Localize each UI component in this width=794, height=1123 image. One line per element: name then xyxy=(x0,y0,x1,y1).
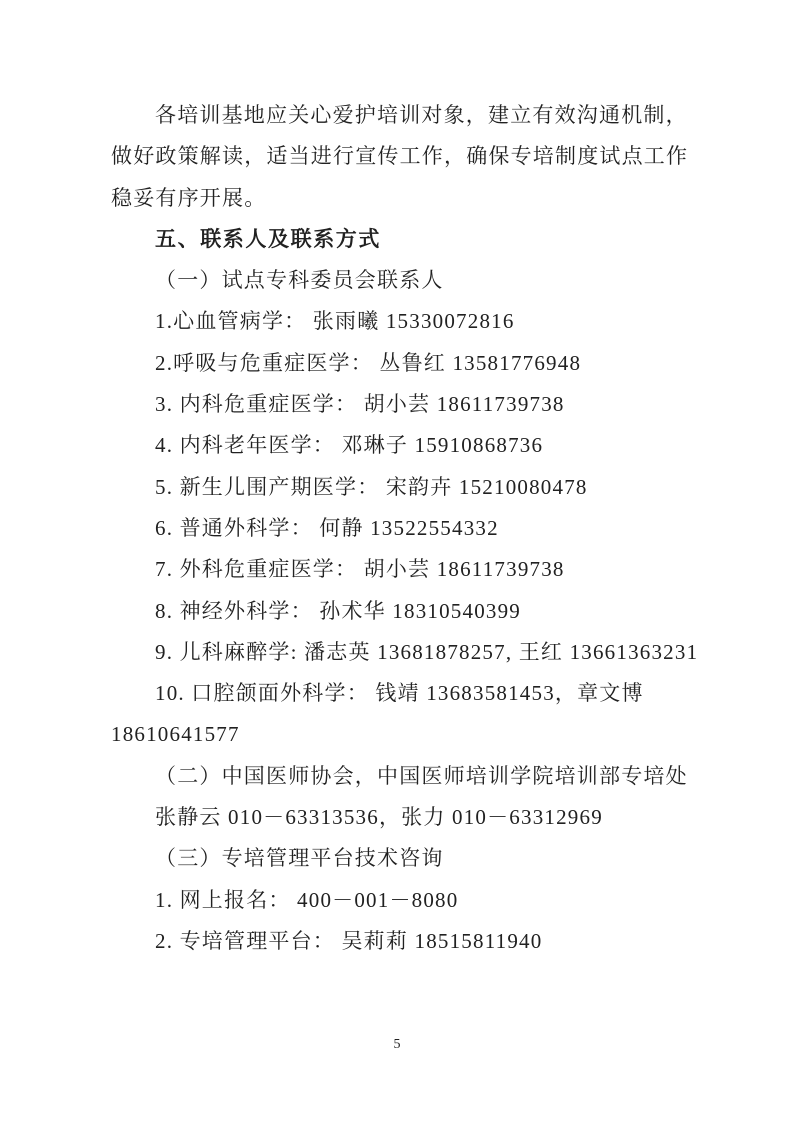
contact-line: 4. 内科老年医学： 邓琳子 15910868736 xyxy=(111,425,731,466)
contact-line: 6. 普通外科学： 何静 13522554332 xyxy=(111,508,731,549)
page-number: 5 xyxy=(0,1035,794,1055)
contact-line: 1.心血管病学： 张雨曦 15330072816 xyxy=(111,301,731,342)
subsection-title: （二）中国医师协会，中国医师培训学院培训部专培处 xyxy=(111,756,731,797)
subsection-title: （一）试点专科委员会联系人 xyxy=(111,260,731,301)
contact-line: 7. 外科危重症医学： 胡小芸 18611739738 xyxy=(111,549,731,590)
section-heading: 五、联系人及联系方式 xyxy=(111,219,731,260)
contact-line: 1. 网上报名： 400－001－8080 xyxy=(111,880,731,921)
contact-line: 5. 新生儿围产期医学： 宋韵卉 15210080478 xyxy=(111,467,731,508)
contact-line: 10. 口腔颌面外科学： 钱靖 13683581453，章文博 xyxy=(111,673,731,714)
contact-line: 9. 儿科麻醉学: 潘志英 13681878257, 王红 1366136323… xyxy=(111,632,731,673)
contact-line: 18610641577 xyxy=(111,714,731,755)
document-page: 各培训基地应关心爱护培训对象，建立有效沟通机制，做好政策解读，适当进行宣传工作，… xyxy=(0,0,794,1123)
subsection-title: （三）专培管理平台技术咨询 xyxy=(111,838,731,879)
contact-line: 8. 神经外科学： 孙术华 18310540399 xyxy=(111,591,731,632)
contact-line: 2.呼吸与危重症医学： 丛鲁红 13581776948 xyxy=(111,343,731,384)
contact-sections: （一）试点专科委员会联系人1.心血管病学： 张雨曦 153300728162.呼… xyxy=(111,260,731,962)
paragraph-line: 稳妥有序开展。 xyxy=(111,178,731,219)
contact-line: 张静云 010－63313536，张力 010－63312969 xyxy=(111,797,731,838)
contact-line: 3. 内科危重症医学： 胡小芸 18611739738 xyxy=(111,384,731,425)
intro-paragraph: 各培训基地应关心爱护培训对象，建立有效沟通机制，做好政策解读，适当进行宣传工作，… xyxy=(111,95,731,219)
document-body: 各培训基地应关心爱护培训对象，建立有效沟通机制，做好政策解读，适当进行宣传工作，… xyxy=(111,95,731,962)
paragraph-line: 各培训基地应关心爱护培训对象，建立有效沟通机制， xyxy=(111,95,731,136)
paragraph-line: 做好政策解读，适当进行宣传工作，确保专培制度试点工作 xyxy=(111,136,731,177)
contact-line: 2. 专培管理平台： 吴莉莉 18515811940 xyxy=(111,921,731,962)
